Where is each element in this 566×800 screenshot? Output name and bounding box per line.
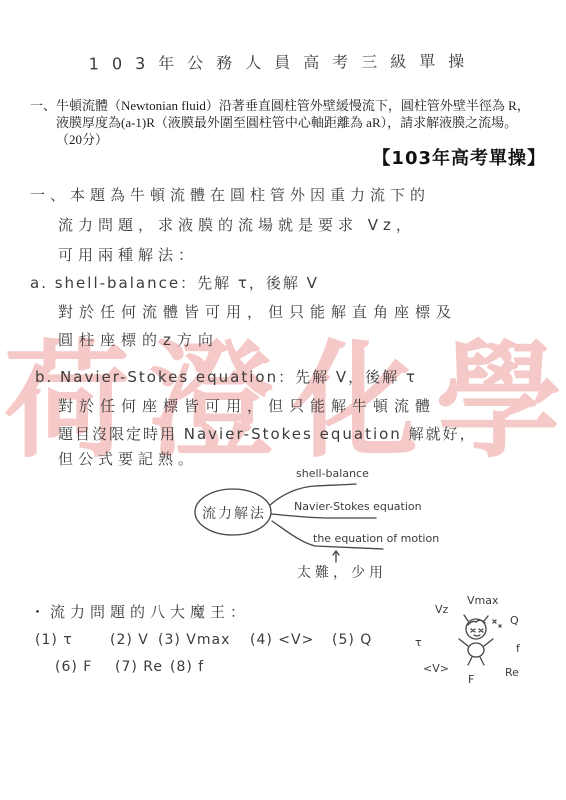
- method-a-line: 圓柱座標的z方向: [58, 329, 219, 350]
- doodle-label: Re: [505, 666, 519, 679]
- exam-question: 一、牛頓流體（Newtonian fluid）沿著垂直圓柱管外壁緩慢流下，圓柱管…: [30, 97, 550, 148]
- bosses-heading: ・流力問題的八大魔王：: [30, 601, 250, 622]
- devil-doodle-icon: [449, 612, 505, 674]
- doodle-label: F: [468, 673, 474, 686]
- scanned-exam-page: 荷 澄 化 學 103年公務人員高考三級單操 一、牛頓流體（Newtonian …: [0, 0, 566, 800]
- doodle-label: τ: [415, 636, 422, 649]
- page-title: 103年公務人員高考三級單操: [0, 48, 566, 75]
- boss-item: (7) Re: [115, 659, 170, 675]
- boss-item: (3) Vmax: [158, 632, 250, 648]
- method-a-line: 對於任何流體皆可用，但只能解直角座標及: [58, 301, 457, 322]
- devil-doodle-cluster: Vz Vmax Q τ f <V> F Re: [405, 590, 545, 695]
- mindmap-root-label: 流力解法: [202, 503, 266, 523]
- method-b-line: b. Navier-Stokes equation：先解 V，後解 τ: [35, 366, 417, 387]
- up-arrow-icon: [333, 551, 339, 562]
- mindmap-note: 太難，少用: [297, 562, 387, 582]
- solution-intro-line: 流力問題，求液膜的流場就是要求 Vz，: [58, 214, 416, 235]
- method-a-line: a. shell-balance：先解 τ，後解 V: [30, 272, 319, 293]
- mindmap-branch-label: the equation of motion: [313, 532, 439, 545]
- boss-item: (1) τ: [35, 632, 110, 648]
- solution-intro-line: 一、本題為牛頓流體在圓柱管外因重力流下的: [30, 184, 430, 205]
- boss-item: (6) F: [55, 659, 115, 675]
- doodle-label: Vmax: [467, 594, 499, 607]
- boss-item: (5) Q: [332, 632, 372, 648]
- exam-source-tag: 【103年高考單操】: [0, 144, 546, 170]
- bosses-row: (6) F (7) Re (8) f: [55, 659, 204, 675]
- watermark-char: 學: [436, 339, 562, 465]
- boss-item: (4) <V>: [250, 632, 332, 648]
- doodle-label: Q: [510, 614, 519, 627]
- doodle-label: <V>: [423, 662, 449, 675]
- mindmap-branch-label: Navier-Stokes equation: [294, 500, 422, 513]
- doodle-label: Vz: [435, 603, 448, 616]
- mindmap-branch-label: shell-balance: [296, 467, 369, 480]
- bosses-row: (1) τ (2) V (3) Vmax (4) <V> (5) Q: [35, 632, 372, 648]
- method-b-line: 對於任何座標皆可用，但只能解牛頓流體: [58, 395, 436, 416]
- solution-intro-line: 可用兩種解法：: [58, 244, 198, 265]
- mindmap-diagram: 流力解法 shell-balance Navier-Stokes equatio…: [150, 462, 470, 587]
- question-line: 液膜厚度為(a-1)R（液膜最外圍至圓柱管中心軸距離為 aR），請求解液膜之流場…: [30, 114, 550, 131]
- question-line: 一、牛頓流體（Newtonian fluid）沿著垂直圓柱管外壁緩慢流下，圓柱管…: [30, 97, 550, 114]
- boss-item: (8) f: [170, 659, 204, 675]
- method-b-line: 題目沒限定時用 Navier-Stokes equation 解就好，: [58, 423, 477, 444]
- doodle-label: f: [516, 642, 520, 655]
- boss-item: (2) V: [110, 632, 158, 648]
